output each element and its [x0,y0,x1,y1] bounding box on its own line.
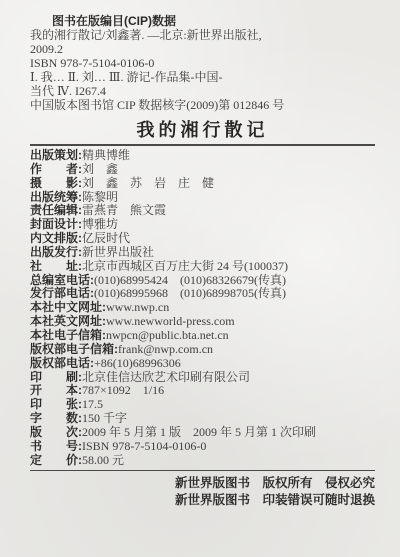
colophon-row-word-count: 字 数:150 千字 [30,412,375,426]
row-value: www.newworld-press.com [106,314,235,328]
footer-notices: 新世界版图书 版权所有 侵权必究 新世界版图书 印装错误可随时退换 [30,475,375,509]
cip-isbn-line: ISBN 978-7-5104-0106-0 [30,56,375,70]
row-value: 新世界出版社 [82,245,154,259]
row-value: +86(10)68996306 [94,356,181,370]
row-label: 内文排版: [30,231,82,245]
colophon-row-rights-email: 版权部电子信箱:frank@nwp.com.cn [30,343,375,357]
row-label: 版 次: [30,425,82,439]
row-value: 刘 鑫 [82,162,118,176]
row-label: 总编室电话: [30,273,94,287]
colophon-row-price: 定 价:58.00 元 [30,454,375,468]
colophon-row-rights-phone: 版权部电话:+86(10)68996306 [30,357,375,371]
colophon-row-isbn: 书 号:ISBN 978-7-5104-0106-0 [30,440,375,454]
cip-classification-line1: Ⅰ. 我… Ⅱ. 刘… Ⅲ. 游记-作品集-中国- [30,70,375,84]
row-label: 出版统筹: [30,190,82,204]
row-value: 雷燕青 熊文霞 [82,203,166,217]
row-value: (010)68995968 (010)68998705(传真) [94,286,286,300]
row-label: 本社电子信箱: [30,328,106,342]
row-value: 亿辰时代 [82,231,130,245]
colophon-row-sheets: 印 张:17.5 [30,398,375,412]
row-value: 17.5 [82,397,103,411]
row-label: 印 刷: [30,370,82,384]
cip-year-line: 2009.2 [30,42,375,56]
row-value: nwpcn@public.bta.net.cn [106,328,229,342]
row-label: 本社中文网址: [30,300,106,314]
row-label: 作 者: [30,162,82,176]
colophon-row-edition: 版 次:2009 年 5 月第 1 版 2009 年 5 月第 1 次印刷 [30,426,375,440]
row-value: www.nwp.cn [106,300,169,314]
row-label: 印 张: [30,397,82,411]
cip-heading: 图书在版编目(CIP)数据 [52,14,375,28]
colophon-row-address: 社 址:北京市西城区百万庄大街 24 号(100037) [30,260,375,274]
row-value: 787×1092 1/16 [82,383,164,397]
cip-classification-line2: 当代 Ⅳ. I267.4 [30,84,375,98]
colophon-row-email: 本社电子信箱:nwpcn@public.bta.net.cn [30,329,375,343]
divider-bottom [30,470,375,471]
footer-return-notice: 新世界版图书 印装错误可随时退换 [30,492,375,509]
row-value: 陈黎明 [82,190,118,204]
colophon-section: 出版策划:精典博维 作 者:刘 鑫 摄 影:刘 鑫 苏 岩 庄 健 出版统筹:陈… [30,146,375,467]
row-label: 责任编辑: [30,203,82,217]
row-label: 字 数: [30,411,82,425]
row-label: 版权部电话: [30,356,94,370]
colophon-row-layout: 内文排版:亿辰时代 [30,232,375,246]
footer-copyright-notice: 新世界版图书 版权所有 侵权必究 [30,475,375,492]
row-label: 社 址: [30,259,82,273]
cip-title-line: 我的湘行散记/刘鑫著. —北京:新世界出版社, [30,28,375,42]
row-label: 定 价: [30,453,82,467]
colophon-row-cover-design: 封面设计:博雅坊 [30,218,375,232]
row-value: 博雅坊 [82,217,118,231]
cip-record-line: 中国版本图书馆 CIP 数据核字(2009)第 012846 号 [30,98,375,112]
row-label: 出版策划: [30,148,82,162]
row-value: 刘 鑫 苏 岩 庄 健 [82,176,214,190]
row-value: 精典博维 [82,148,130,162]
row-label: 摄 影: [30,176,82,190]
row-value: (010)68995424 (010)68326679(传真) [94,273,286,287]
row-value: 150 千字 [82,411,127,425]
row-label: 出版发行: [30,245,82,259]
row-label: 开 本: [30,383,82,397]
row-value: 北京市西城区百万庄大街 24 号(100037) [82,259,288,273]
colophon-row-photography: 摄 影:刘 鑫 苏 岩 庄 健 [30,177,375,191]
row-label: 本社英文网址: [30,314,106,328]
row-label: 发行部电话: [30,286,94,300]
colophon-row-english-website: 本社英文网址:www.newworld-press.com [30,315,375,329]
colophon-row-publish-planning: 出版策划:精典博维 [30,149,375,163]
cip-section: 图书在版编目(CIP)数据 我的湘行散记/刘鑫著. —北京:新世界出版社, 20… [30,14,375,112]
row-value: 58.00 元 [82,453,124,467]
row-value: 北京佳信达欣艺术印刷有限公司 [82,370,250,384]
book-title: 我的湘行散记 [30,119,375,141]
row-value: ISBN 978-7-5104-0106-0 [82,439,206,453]
row-value: 2009 年 5 月第 1 版 2009 年 5 月第 1 次印刷 [82,425,316,439]
colophon-row-author: 作 者:刘 鑫 [30,163,375,177]
colophon-row-publisher: 出版发行:新世界出版社 [30,246,375,260]
row-value: frank@nwp.com.cn [118,342,213,356]
row-label: 书 号: [30,439,82,453]
copyright-page: 图书在版编目(CIP)数据 我的湘行散记/刘鑫著. —北京:新世界出版社, 20… [0,0,400,557]
row-label: 版权部电子信箱: [30,342,118,356]
row-label: 封面设计: [30,217,82,231]
